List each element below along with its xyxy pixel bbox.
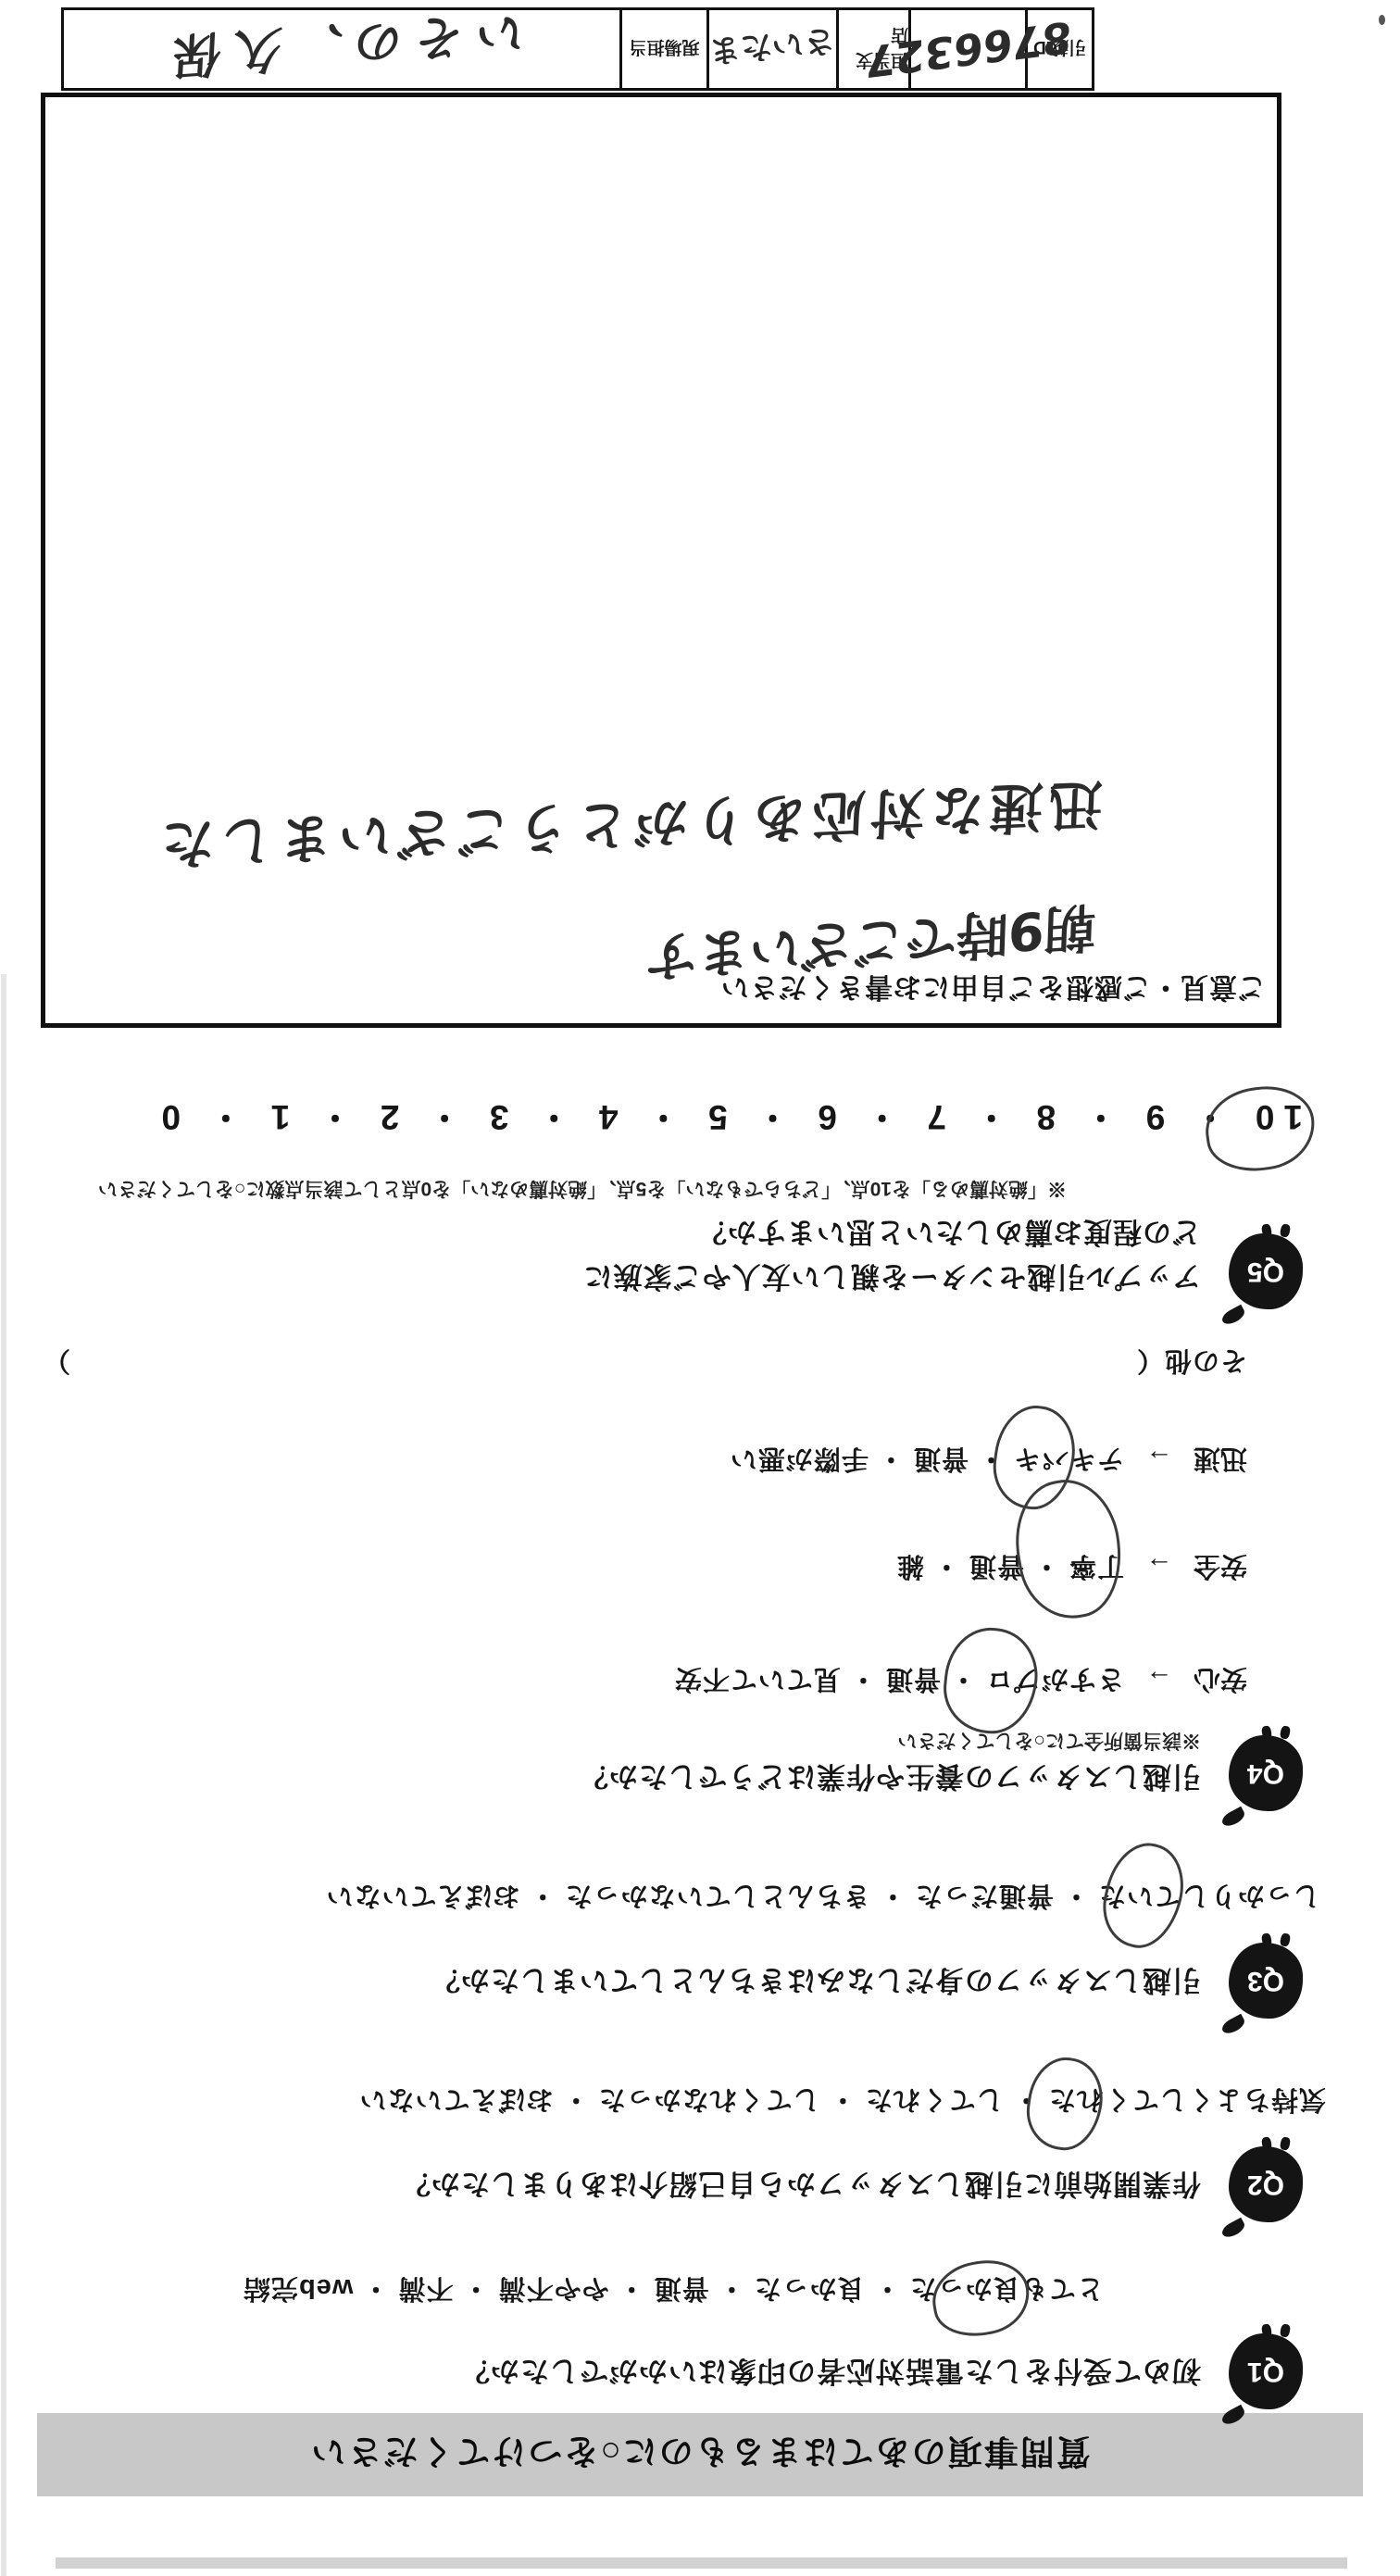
q1-title: 初めて受付をした電話対応者の印象はいかがでしたか？ (460, 2353, 1201, 2395)
q4-note: ※該当箇所全てに○をしてください (897, 1728, 1201, 1756)
q5-bubble-label: Q5 (1247, 1256, 1284, 1287)
scanned-survey-sheet: 質問事項のあてはまるものに○をつけてください Q1 初めて受付をした電話対応者の… (0, 0, 1400, 2576)
handwritten-comment-line2: 迅速な対応ありがとうございました (154, 769, 1105, 889)
q4-other-label: その他（ (1136, 1344, 1247, 1382)
q5-title-line2: どの程度お薦めしたいと思いますか？ (697, 1214, 1201, 1256)
q3-title: 引越しスタッフの身だしなみはきちんとしていましたか？ (431, 1962, 1201, 2004)
comment-box: ご意見・ご感想をご自由にお書きください 朝9時でございます 迅速な対応ありがとう… (41, 93, 1281, 1028)
handwritten-circle-q1 (927, 2253, 1035, 2343)
q5-note: ※「絶対薦める」を10点、「どちらでもない」を5点、「絶対薦めない」を0点として… (98, 1176, 1067, 1204)
foot-icon (1261, 1223, 1272, 1238)
q5-score-scale: 10 ・ 9 ・ 8 ・ 7 ・ 6 ・ 5 ・ 4 ・ 3 ・ 2 ・ 1 ・… (152, 1095, 1303, 1145)
handwritten-circle-q4-anshin (939, 1623, 1042, 1738)
q5-bubble: Q5 (1229, 1233, 1303, 1309)
foot-icon (1261, 2323, 1272, 2338)
cell-branch-value: さいたま (706, 10, 836, 88)
handwritten-crew-names: いその、久保 (158, 2, 526, 97)
q4-row-anshin-options: さすがプロ ・ 普通 ・ 見ていて不安 (674, 1664, 1124, 1694)
leaf-icon (1219, 2014, 1247, 2037)
cell-move-id-value: 8766327 (908, 10, 1025, 88)
leaf-icon (1219, 1807, 1247, 1830)
handwritten-branch-name: さいたま (708, 21, 838, 78)
foot-icon (1261, 1932, 1272, 1947)
q2-bubble: Q2 (1229, 2146, 1303, 2222)
scanner-streak (56, 2557, 1347, 2569)
scan-speck (1379, 15, 1385, 25)
q3-bubble-label: Q3 (1247, 1965, 1284, 1996)
q2-bubble-label: Q2 (1247, 2169, 1284, 2200)
banner-instruction: 質問事項のあてはまるものに○をつけてください (37, 2413, 1363, 2496)
handwritten-circle-q2 (1021, 2053, 1107, 2155)
q5-title-line1: アップル引越センターを親しい友人やご家族に (583, 1258, 1201, 1300)
arrow-icon: → (1145, 1444, 1173, 1473)
q3-bubble: Q3 (1229, 1943, 1303, 2019)
q4-row-jinsoku-label: 迅速 (1194, 1444, 1247, 1473)
q4-bubble-label: Q4 (1247, 1757, 1284, 1789)
foot-icon (1280, 2136, 1292, 2151)
q4-other-close-paren: ） (43, 1344, 70, 1382)
survey-document-rotated-180: 質問事項のあてはまるものに○をつけてください Q1 初めて受付をした電話対応者の… (0, 0, 1400, 2576)
q1-bubble: Q1 (1229, 2333, 1303, 2409)
arrow-icon: → (1145, 1664, 1173, 1694)
foot-icon (1280, 1223, 1292, 1238)
q4-row-anzen-label: 安全 (1194, 1551, 1247, 1581)
handwritten-circle-q3 (1094, 1835, 1193, 1956)
crew-label: 現場担当 (630, 37, 700, 62)
q4-row-jinsoku: 迅速 → テキパキ ・ 普通 ・ 手際が悪い (730, 1442, 1247, 1480)
q4-row-anshin-label: 安心 (1194, 1664, 1247, 1694)
q2-options: 気持ちよくしてくれた ・ してくれた ・ してくれなかった ・ おぼえていない (359, 2082, 1326, 2120)
arrow-icon: → (1145, 1551, 1173, 1581)
foot-icon (1280, 1932, 1292, 1947)
foot-icon (1280, 1725, 1292, 1740)
q2-title: 作業開始前に引越しスタッフから自己紹介はありましたか？ (401, 2166, 1201, 2207)
cell-crew-label: 現場担当 (619, 10, 706, 88)
staff-id-table: 引越ID 8766327 担当支店 さいたま 現場担当 いその、久保 (61, 7, 1094, 91)
q4-title: 引越しスタッフの養生や作業はどうでしたか？ (579, 1758, 1201, 1800)
foot-icon (1261, 2136, 1272, 2151)
scan-edge-smudge (1, 974, 6, 2576)
leaf-icon (1219, 2218, 1247, 2241)
foot-icon (1280, 2323, 1292, 2338)
banner-text: 質問事項のあてはまるものに○をつけてください (309, 2430, 1090, 2480)
leaf-icon (1219, 1305, 1247, 1328)
q4-bubble: Q4 (1229, 1735, 1303, 1811)
q1-bubble-label: Q1 (1247, 2356, 1284, 2387)
cell-crew-value: いその、久保 (64, 10, 619, 88)
foot-icon (1261, 1725, 1272, 1740)
